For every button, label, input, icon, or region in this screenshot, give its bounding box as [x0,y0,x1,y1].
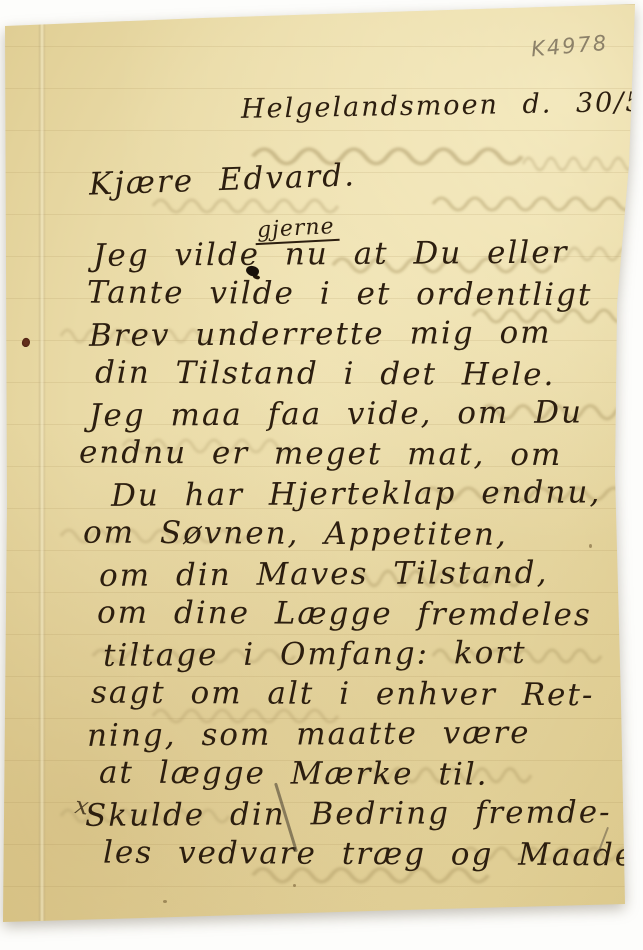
handwriting-line-11: tiltage i Omfang: kort [103,632,631,676]
paper-speck [293,884,296,887]
handwriting-line-5: Jeg maa faa vide, om Du [89,392,631,436]
salutation: Kjære Edvard. [88,157,356,202]
handwriting-line-7: Du har Hjerteklap endnu, – [111,472,631,516]
red-paper-speck [20,337,31,349]
handwriting-line-13: ning, som maatte være [87,712,631,756]
handwriting-line-8: om Søvnen, Appetiten, [83,513,631,556]
fold-crease [39,4,45,922]
paper-shadow-wrap: K4978 Helgelandsmoen d. 30/5 – Kjære Edv… [0,0,643,950]
place-date-line: Helgelandsmoen d. 30/5 – [241,86,643,125]
handwriting-line-1: Jeg vilde nu at Du eller [93,232,631,276]
handwriting-line-6: endnu er meget mat, om [79,433,631,476]
handwriting-line-12: sagt om alt i enhver Ret- [91,673,631,716]
handwriting-line-16: les vedvare træg og Maaden [103,833,631,876]
handwriting-line-10: om dine Lægge fremdeles [97,593,631,636]
archive-code: K4978 [530,31,609,62]
letter-paper: K4978 Helgelandsmoen d. 30/5 – Kjære Edv… [3,4,639,922]
paper-speck [163,900,167,903]
letter-body: Jeg vilde nu at Du ellerTante vilde i et… [91,234,631,874]
handwriting-line-4: din Tilstand i det Hele. [95,353,631,396]
handwriting-line-9: om din Maves Tilstand, [99,552,631,596]
handwriting-line-2: Tante vilde i et ordentligt [87,273,631,316]
handwriting-line-15: Skulde din Bedring fremde- [85,792,631,836]
handwriting-line-14: at lægge Mærke til. [99,753,631,796]
paper-speck [589,544,592,548]
handwriting-line-3: Brev underrette mig om [89,312,631,356]
scanned-letter-page: K4978 Helgelandsmoen d. 30/5 – Kjære Edv… [0,0,643,950]
